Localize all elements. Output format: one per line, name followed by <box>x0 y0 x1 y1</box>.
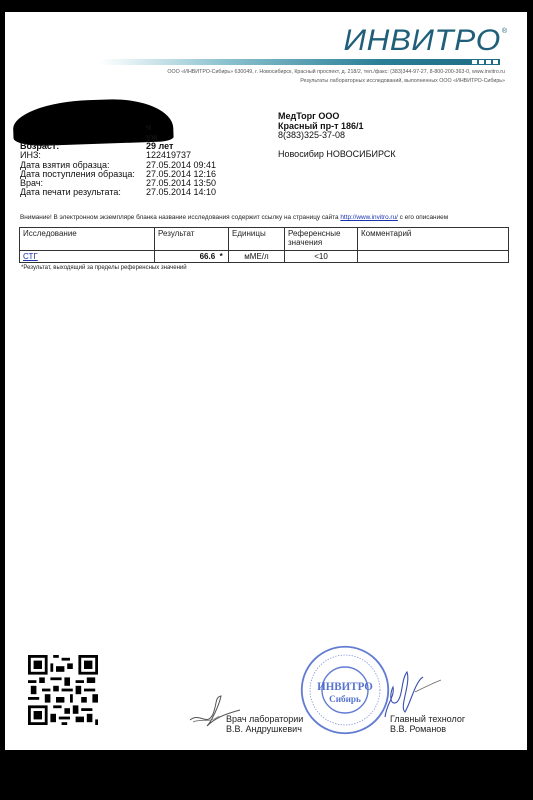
result-comment <box>358 251 509 263</box>
lab-doctor-signature-block: Врач лаборатории В.В. Андрушкевич <box>226 714 303 734</box>
header-bar <box>100 59 500 65</box>
test-link-stg[interactable]: СТГ <box>23 252 38 261</box>
svg-text:Сибирь: Сибирь <box>329 694 361 704</box>
clinic-city: Новосибир НОВОСИБИРСК <box>278 150 396 160</box>
result-value: 66.6 * <box>155 251 229 263</box>
chief-tech-signature-block: Главный технолог В.В. Романов <box>390 714 465 734</box>
technologist-signature <box>375 662 445 722</box>
qr-code <box>28 655 98 725</box>
col-header-result: Результат <box>155 228 229 251</box>
invitro-logo: ИНВИТРО <box>344 24 501 58</box>
table-header-row: Исследование Результат Единицы Референсн… <box>20 228 509 251</box>
patient-name-fragment: ч <box>146 122 151 132</box>
col-header-test: Исследование <box>20 228 155 251</box>
clinic-phone: 8(383)325-37-08 <box>278 131 396 141</box>
col-header-units: Единицы <box>229 228 285 251</box>
logo-squares-icon <box>472 59 498 64</box>
result-units: мМЕ/л <box>229 251 285 263</box>
notice-text: Внимание! В электронном экземпляре бланк… <box>20 214 448 221</box>
table-footnote: *Результат, выходящий за пределы референ… <box>21 265 187 271</box>
patient-info: Возраст:29 лет ИНЗ:122419737 Дата взятия… <box>20 142 216 198</box>
lab-report-page: ИНВИТРО ® ООО «ИНВИТРО-Сибирь» 630049, г… <box>5 12 527 750</box>
table-row: СТГ 66.6 * мМЕ/л <10 <box>20 251 509 263</box>
company-address: ООО «ИНВИТРО-Сибирь» 630049, г. Новосиби… <box>167 69 505 75</box>
result-reference: <10 <box>285 251 358 263</box>
lab-doctor-name: В.В. Андрушкевич <box>226 724 303 734</box>
chief-tech-name: В.В. Романов <box>390 724 465 734</box>
col-header-reference: Референсные значения <box>285 228 358 251</box>
col-header-comment: Комментарий <box>358 228 509 251</box>
chief-tech-title: Главный технолог <box>390 714 465 724</box>
performer-line: Результаты лабораторных исследований, вы… <box>300 78 505 84</box>
registered-mark: ® <box>502 28 507 35</box>
clinic-info: МедТорг ООО Красный пр-т 186/1 8(383)325… <box>278 112 396 159</box>
info-row-print-date: Дата печати результата:27.05.2014 14:10 <box>20 188 216 197</box>
lab-doctor-title: Врач лаборатории <box>226 714 303 724</box>
svg-text:ИНВИТРО: ИНВИТРО <box>317 681 373 693</box>
results-table: Исследование Результат Единицы Референсн… <box>19 227 509 263</box>
out-of-range-flag: * <box>220 252 223 261</box>
invitro-site-link[interactable]: http://www.invitro.ru/ <box>340 214 398 221</box>
